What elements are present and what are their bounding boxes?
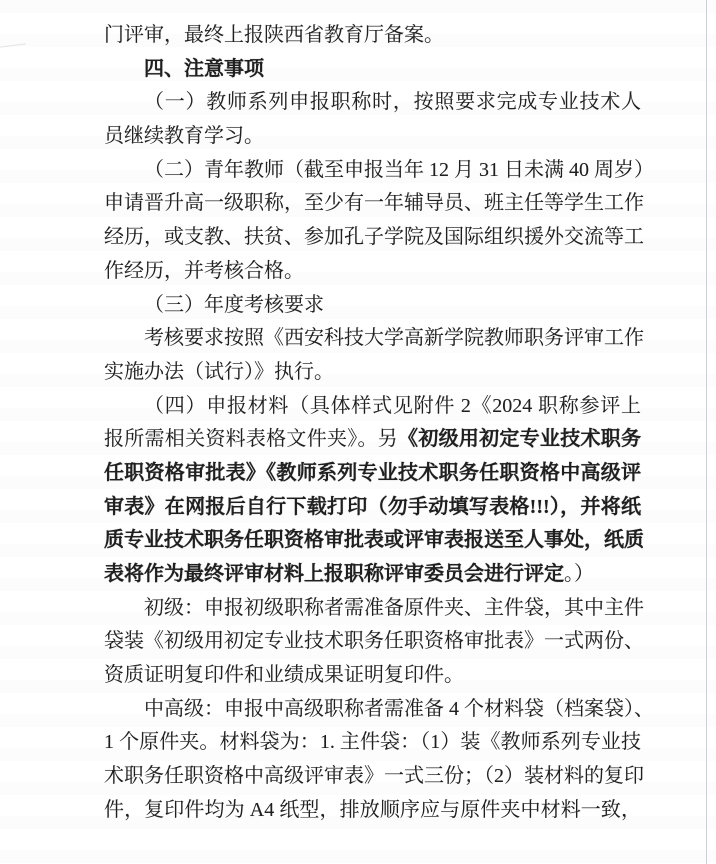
- paragraph-continuation-line: 门评审，最终上报陕西省教育厅备案。: [104, 19, 641, 53]
- bold-text-segment: 审表》在网报后自行下载打印（勿手动填写表格!!!），并将纸: [104, 496, 641, 518]
- text-segment: 术职务任职资格中高级评审表》一式三份；（2）装材料的复印: [104, 765, 644, 787]
- text-line: （四）申报材料（具体样式见附件 2《2024 职称参评上: [104, 390, 641, 424]
- text-line: 资质证明复印件和业绩成果证明复印件。: [104, 659, 641, 693]
- text-line: 作经历，并考核合格。: [104, 255, 641, 289]
- text-segment: 经历，或支教、扶贫、参加孔子学院及国际组织援外交流等工: [104, 226, 644, 248]
- text-segment: 门评审，最终上报陕西省教育厅备案。: [104, 24, 444, 46]
- text-line: 审表》在网报后自行下载打印（勿手动填写表格!!!），并将纸: [104, 491, 641, 525]
- scan-stray-mark: [0, 43, 26, 47]
- text-line: 袋装《初级用初定专业技术职务任职资格审批表》一式两份、: [104, 625, 641, 659]
- bold-text-segment: 质专业技术职务任职资格审批表或评审表报送至人事处，纸质: [104, 529, 644, 551]
- text-segment: 。）: [564, 563, 594, 585]
- text-line: 任职资格审批表》《教师系列专业技术职务任职资格中高级评: [104, 457, 641, 491]
- text-segment: 初级：申报初级职称者需准备原件夹、主件袋，其中主件: [144, 597, 644, 619]
- bold-text-segment: 《初级用初定专业技术职务: [398, 428, 641, 450]
- text-line: 质专业技术职务任职资格审批表或评审表报送至人事处，纸质: [104, 524, 641, 558]
- text-line: 表将作为最终评审材料上报职称评审委员会进行评定。）: [104, 558, 641, 592]
- text-line: 术职务任职资格中高级评审表》一式三份；（2）装材料的复印: [104, 760, 641, 794]
- text-line: 1 个原件夹。材料袋为：1. 主件袋：（1）装《教师系列专业技: [104, 726, 641, 760]
- text-segment: 袋装《初级用初定专业技术职务任职资格审批表》一式两份、: [104, 630, 644, 652]
- text-segment: 资质证明复印件和业绩成果证明复印件。: [104, 664, 464, 686]
- section-heading: 四、注意事项: [104, 53, 641, 87]
- bold-text-segment: 表将作为最终评审材料上报职称评审委员会进行评定: [104, 563, 564, 585]
- text-segment: （二）青年教师（截至申报当年 12 月 31 日未满 40 周岁）: [144, 159, 654, 181]
- text-line: 员继续教育学习。: [104, 120, 641, 154]
- text-segment: 1 个原件夹。材料袋为：1. 主件袋：（1）装《教师系列专业技: [104, 731, 641, 753]
- text-segment: （三）年度考核要求: [144, 294, 324, 316]
- text-segment: （四）申报材料（具体样式见附件 2《2024 职称参评上: [144, 395, 641, 417]
- text-line: 报所需相关资料表格文件夹》。另《初级用初定专业技术职务: [104, 423, 641, 457]
- bold-text-segment: 四、注意事项: [144, 58, 264, 80]
- text-line: 初级：申报初级职称者需准备原件夹、主件袋，其中主件: [104, 592, 641, 626]
- text-line: 中高级：申报中高级职称者需准备 4 个材料袋（档案袋）、: [104, 693, 641, 727]
- text-line: （三）年度考核要求: [104, 289, 641, 323]
- text-line: 件，复印件均为 A4 纸型，排放顺序应与原件夹中材料一致，: [104, 794, 641, 828]
- text-segment: 中高级：申报中高级职称者需准备 4 个材料袋（档案袋）、: [144, 698, 654, 720]
- text-segment: 员继续教育学习。: [104, 125, 264, 147]
- text-segment: 考核要求按照《西安科技大学高新学院教师职务评审工作: [144, 327, 644, 349]
- text-segment: （一）教师系列申报职称时，按照要求完成专业技术人: [144, 91, 641, 113]
- text-segment: 件，复印件均为 A4 纸型，排放顺序应与原件夹中材料一致，: [104, 799, 641, 821]
- scanned-document-page: 门评审，最终上报陕西省教育厅备案。四、注意事项（一）教师系列申报职称时，按照要求…: [0, 0, 716, 864]
- text-line: 申请晋升高一级职称，至少有一年辅导员、班主任等学生工作: [104, 187, 641, 221]
- text-segment: 申请晋升高一级职称，至少有一年辅导员、班主任等学生工作: [104, 192, 644, 214]
- scan-edge-line: [706, 0, 707, 864]
- bold-text-segment: 任职资格审批表》《教师系列专业技术职务任职资格中高级评: [104, 462, 641, 484]
- text-segment: 报所需相关资料表格文件夹》。另: [104, 428, 398, 450]
- text-line: 考核要求按照《西安科技大学高新学院教师职务评审工作: [104, 322, 641, 356]
- document-body: 门评审，最终上报陕西省教育厅备案。四、注意事项（一）教师系列申报职称时，按照要求…: [104, 19, 641, 828]
- text-segment: 实施办法（试行）》执行。: [104, 361, 334, 383]
- text-line: （一）教师系列申报职称时，按照要求完成专业技术人: [104, 86, 641, 120]
- text-line: 实施办法（试行）》执行。: [104, 356, 641, 390]
- text-line: （二）青年教师（截至申报当年 12 月 31 日未满 40 周岁）: [104, 154, 641, 188]
- text-segment: 作经历，并考核合格。: [104, 260, 304, 282]
- text-line: 经历，或支教、扶贫、参加孔子学院及国际组织援外交流等工: [104, 221, 641, 255]
